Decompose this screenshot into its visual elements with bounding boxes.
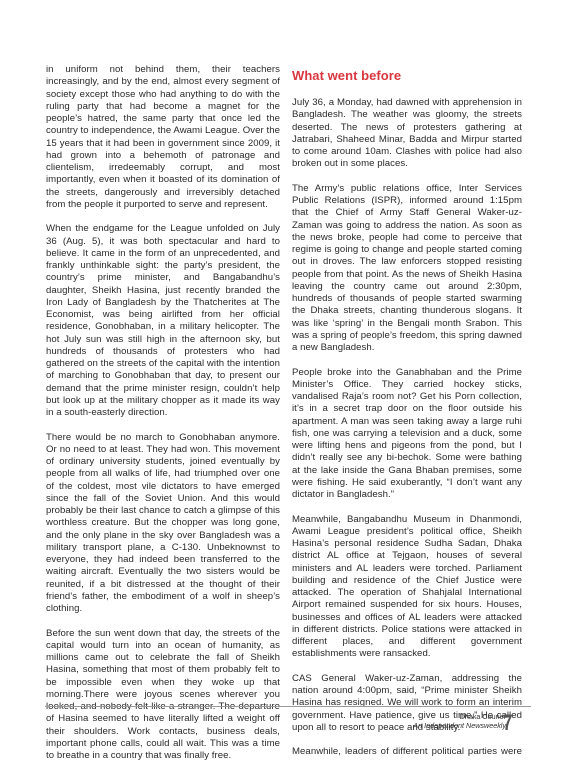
body-paragraph: in uniform not behind them, their teache… <box>46 64 280 211</box>
page-footer: Dhaka Courier An Independent Newsweekly <box>413 713 506 730</box>
body-paragraph-continued: Meanwhile, leaders of different politica… <box>292 746 522 758</box>
body-paragraph: There would be no march to Gonobhaban an… <box>46 432 280 616</box>
body-paragraph: When the endgame for the League unfolded… <box>46 223 280 419</box>
body-paragraph: July 36, a Monday, had dawned with appre… <box>292 97 522 171</box>
footer-divider <box>45 706 531 707</box>
page-number: 7 <box>503 710 512 736</box>
section-title: What went before <box>292 68 522 84</box>
magazine-page: in uniform not behind them, their teache… <box>0 0 576 770</box>
body-paragraph: Before the sun went down that day, the s… <box>46 628 280 763</box>
left-column: in uniform not behind them, their teache… <box>46 64 280 770</box>
body-paragraph: The Army’s public relations office, Inte… <box>292 183 522 355</box>
publication-tagline: An Independent Newsweekly <box>413 722 506 731</box>
right-column: What went before July 36, a Monday, had … <box>292 64 522 770</box>
body-paragraph: Meanwhile, Bangabandhu Museum in Dhanmon… <box>292 514 522 661</box>
body-paragraph: People broke into the Ganabhaban and the… <box>292 367 522 502</box>
